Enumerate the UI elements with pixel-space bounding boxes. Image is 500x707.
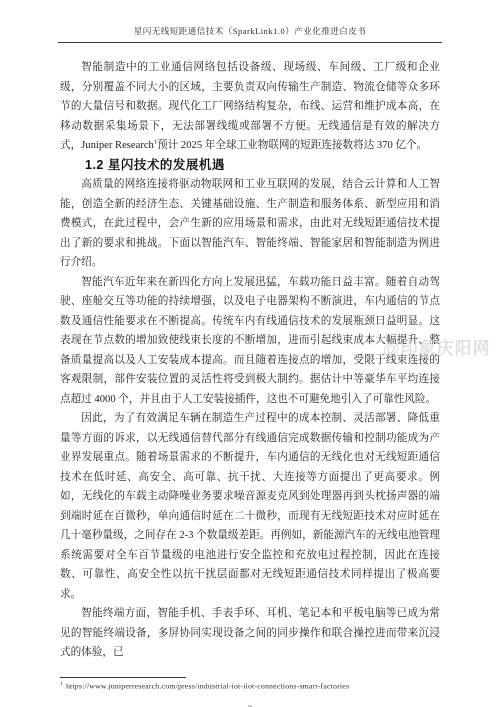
paragraph-text: 预计 2025 年全球工业物联网的短距连接数将达 370 亿个。	[157, 140, 427, 151]
footnote-marker: 1	[60, 681, 63, 687]
footnote-divider	[60, 677, 186, 678]
header-divider	[58, 42, 442, 43]
footnote-section: 1https://www.juniperresearch.com/press/i…	[60, 677, 440, 691]
document-page: 星闪无线短距通信技术（SparkLink1.0）产业化推进白皮书 智能制造中的工…	[0, 0, 500, 707]
header-title: 星闪无线短距通信技术（SparkLink1.0）产业化推进白皮书	[0, 25, 500, 37]
footnote-url: https://www.juniperresearch.com/press/in…	[66, 681, 349, 690]
section-heading-1-2: 1.2 星闪技术的发展机遇	[60, 156, 440, 176]
paragraph-industrial-networks: 智能制造中的工业通信网络包括设备级、现场级、车间级、工厂级和企业级，分别覆盖不同…	[60, 58, 440, 156]
page-number: 3	[0, 703, 500, 707]
paragraph-smart-terminal: 智能终端方面，智能手机、手表手环、耳机、笔记本和平板电脑等已成为常见的智能终端设…	[60, 604, 440, 663]
paragraph-wireless-requirements: 因此，为了有效满足车辆在制造生产过程中的成本控制、灵活部署、降低重量等方面的诉求…	[60, 409, 440, 604]
paragraph-network-opportunity: 高质量的网络连接将驱动物联网和工业互联网的发展，结合云计算和人工智能，创造全新的…	[60, 175, 440, 273]
footnote: 1https://www.juniperresearch.com/press/i…	[60, 681, 440, 691]
paragraph-text: 智能制造中的工业通信网络包括设备级、现场级、车间级、工厂级和企业级，分别覆盖不同…	[60, 62, 440, 151]
document-body: 智能制造中的工业通信网络包括设备级、现场级、车间级、工厂级和企业级，分别覆盖不同…	[60, 58, 440, 663]
page-header: 星闪无线短距通信技术（SparkLink1.0）产业化推进白皮书	[0, 0, 500, 43]
paragraph-smart-car: 智能汽车近年来在新四化方向上发展迅猛，车载功能日益丰富。随着自动驾驶、座舱交互等…	[60, 273, 440, 410]
